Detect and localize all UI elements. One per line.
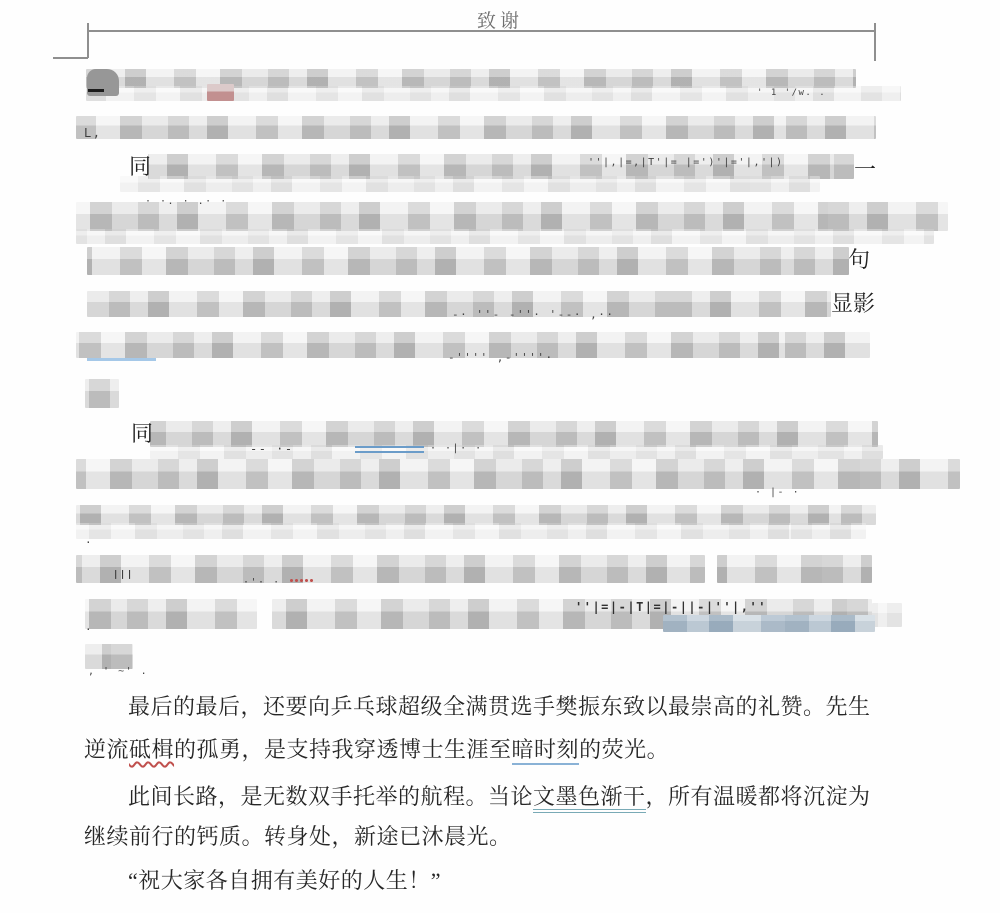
body-line: 此间长路，是无数双手托举的航程。当论文墨色渐干，所有温暖都将沉淀为: [128, 783, 871, 811]
double-underlined-text: 文墨色渐干: [533, 784, 646, 813]
ghost-text-fragment: .: [85, 533, 93, 546]
underline-mark: [87, 358, 156, 361]
ghost-text-fragment: -- ·-: [250, 442, 294, 456]
ghost-text-fragment: |||: [113, 570, 134, 580]
margin-tick-right: [874, 23, 876, 61]
ghost-text-fragment: , ' ~' .: [88, 666, 148, 677]
ghost-text-fragment: ''|=|-|T|=|-||-|''|,'': [575, 600, 767, 614]
redacted-text-block: [120, 176, 820, 192]
redacted-text-block: [76, 555, 705, 583]
section-title: 致谢: [0, 6, 1000, 33]
ghost-text-fragment: -· ''- -''· '--· ,··: [452, 308, 614, 321]
text-segment: ，所有温暖都将沉淀为: [646, 784, 871, 809]
ghost-text-fragment: · ·|· ·: [430, 443, 483, 454]
document-page: 致谢 ' 1 '/w. .L,''|,|=,|T'|= |=')'|='|,'|…: [0, 0, 1000, 913]
body-line: 逆流砥楫的孤勇，是支持我穿透博士生涯至暗时刻的荧光。: [84, 736, 669, 764]
redacted-text-block: [87, 247, 849, 275]
body-line: 最后的最后，还要向乒乓球超级全满贯选手樊振东致以最崇高的礼赞。先生: [128, 693, 871, 721]
text-segment: 继续前行的钙质。转身处，新途已沐晨光。: [84, 824, 512, 849]
text-segment: 最后的最后，还要向乒乓球超级全满贯选手樊振东致以最崇高的礼赞。先生: [128, 694, 871, 719]
redacted-text-block: [76, 505, 876, 525]
underlined-text: 暗时刻: [512, 737, 580, 765]
margin-corner-vertical: [87, 30, 89, 58]
ghost-text-fragment: .: [85, 620, 93, 633]
visible-char-fragment: 显影: [831, 293, 875, 315]
ghost-text-fragment: L,: [84, 126, 101, 140]
visible-char-fragment: 同: [131, 423, 153, 445]
ghost-text-fragment: ''|,|=,|T'|= |=')'|='|,'|): [588, 157, 784, 168]
redacted-text-block: [207, 84, 234, 101]
ghost-text-fragment: -'''' ,-''''·: [448, 351, 554, 364]
ghost-text-fragment: ' 1 '/w. .: [757, 88, 826, 98]
text-segment: 此间长路，是无数双手托举的航程。当论: [128, 784, 533, 809]
underline-mark: [88, 89, 104, 92]
ghost-text-fragment: ·'· ·: [243, 577, 281, 588]
body-line: “祝大家各自拥有美好的人生！”: [128, 867, 441, 895]
ghost-text-fragment: · |- ·: [755, 487, 800, 498]
redacted-text-block: [76, 459, 960, 489]
redacted-text-block: [663, 615, 875, 632]
redacted-text-block: [76, 229, 934, 244]
spellchecked-text: 砥楫: [129, 737, 174, 762]
body-line: 继续前行的钙质。转身处，新途已沐晨光。: [84, 823, 512, 851]
redacted-text-block: [717, 555, 872, 583]
redacted-text-block: [76, 116, 876, 139]
header-rule: [87, 30, 876, 32]
margin-corner-horizontal: [53, 57, 88, 59]
text-segment: 的孤勇，是支持我穿透博士生涯至: [174, 737, 512, 762]
text-segment: 的荧光。: [579, 737, 669, 762]
underline-mark: [355, 446, 424, 453]
visible-char-fragment: 句: [848, 249, 870, 271]
text-segment: “祝大家各自拥有美好的人生！”: [128, 868, 441, 893]
visible-char-fragment: 一: [854, 159, 876, 181]
ghost-text-fragment: · ·. · .· ·: [145, 196, 228, 207]
redacted-text-block: [85, 379, 119, 408]
visible-char-fragment: 同: [129, 156, 151, 178]
redacted-text-block: [76, 523, 866, 539]
redacted-text-block: [872, 603, 902, 627]
text-segment: 逆流: [84, 737, 129, 762]
spellcheck-wavy-mark: [289, 579, 314, 584]
redacted-text-block: [85, 599, 257, 629]
